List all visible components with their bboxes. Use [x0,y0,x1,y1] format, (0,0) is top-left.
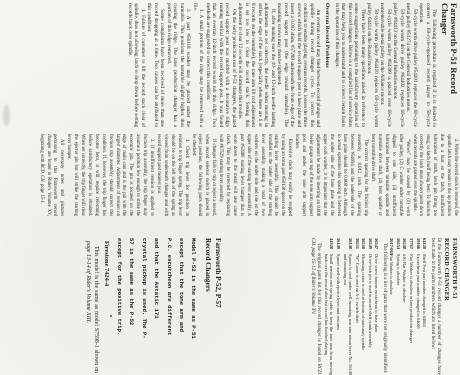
part-description: Spring is obsolete [396,254,401,285]
parts-row: 2017-065Flat Washer is obsolete [389,238,394,375]
part-number: 56149 [336,238,341,249]
paragraph: On the early production run of P-51 chan… [204,3,237,127]
parts-row: 56549Drive-lock pin is used in record sh… [367,238,372,375]
part-number: 56148 [348,238,353,249]
article-title: Farnsworth P-51 Record Changer [440,3,458,127]
parts-row: 59166Escutcheon part number changed to 6… [415,238,420,375]
paragraph: The correct spacing for the friction tri… [292,134,368,216]
closing-note: All necessary notes and pictures pertain… [37,134,65,216]
part-number: 59166 [415,238,420,249]
list-item: 1. Failure of customer to lift the recor… [126,3,146,127]
part-number: 56551 [354,238,359,249]
parts-article: FARNSWORTH P-51 RECORD CHANGER In the Fa… [309,238,458,375]
parts-row: 56149Spacer used with ejector lever and … [336,238,341,375]
firestone-article: Firestone 7424-4 This model is the same … [83,241,110,373]
part-description: Mounting cotter is used at bottom of sta… [361,254,366,350]
paragraph: There have been many questions asked in … [333,3,366,127]
paragraph: 50-cycle worm drive pulley #54401 replac… [405,3,418,127]
list-item: 2. When the record stack is removed, the… [410,134,458,216]
paragraph: Excessive clack may easily be stopped by… [216,134,292,216]
paragraph: If changer fails to trip or reject a rec… [189,134,217,216]
p52-heading-line1: Farnsworth P-52, P-57 [212,238,222,375]
parts-heading-line2: RECORD CHANGER [443,238,451,375]
list-item: 2. A part #56118 washer may be placed un… [165,3,191,127]
riders-page-reference: RCD. CH. page 15-1. [39,163,44,204]
firestone-heading: Firestone 7424-4 [103,241,111,373]
part-description: "W" Cover is used on A-C switch shaft [355,254,360,323]
firestone-note: This model is the same as model S7598-1 … [83,241,101,373]
paragraph: An overrun record may bind between recor… [276,3,322,127]
parts-row: 56148Spacer is used under well mounting … [342,238,353,375]
list-item: 1. Check trip lever for position in rela… [154,134,189,216]
list-item: 1. A small portion of the ridge may be r… [191,3,204,127]
part-description: Spacer used with ejector lever and rest … [336,254,341,330]
part-number: 57767 [409,238,414,249]
p52-article-heading: Farnsworth P-52, P-57 Record Changers [202,238,222,375]
part-number: 56548 [402,238,407,249]
part-description: Flat Washer is obsolete [389,254,394,295]
part-number: 56547 [374,238,379,249]
paragraph: 50-cycle worm pulley #64410 replaces 60-… [366,3,379,127]
parts-row: 56551"W" Cover is used on A-C switch sha… [354,238,359,375]
parts-closing-note: The original parts list for this record … [309,238,321,375]
paragraph: “Wows” may be caused by (1) worn idler p… [368,134,409,216]
closing-text: The original parts list for this record … [316,243,321,364]
riders-page-reference: page 13-14 of Rider's Volume XIII. [85,241,91,323]
part-number: 56550 [361,238,366,249]
scan-smudge [3,104,10,126]
column-2: 2. When the record stack is removed, the… [37,134,458,216]
part-description: Drive screw fastens escutcheon to base p… [374,254,379,332]
parts-row: 57767Flat Washer is obsolete in later pr… [409,238,414,375]
p52-heading-line2: Record Changers [202,238,212,375]
part-number: 44328 [329,238,334,249]
list-item: 2. If insufficient tension is applied to… [64,134,154,216]
parts-heading-line1: FARNSWORTH P-51 [450,238,458,375]
part-number: 56554 [395,238,400,249]
section-heading: Overrun Record Problems [323,3,330,127]
part-description: Small tension end spring cable to keep t… [324,254,334,375]
scanned-document-page: Farnsworth P-51 Record Changer The follo… [0,0,460,375]
part-number: 2017-065 [389,238,394,255]
paragraph: 50-cycle worm drive pulley #64402 replac… [392,3,405,127]
column-1: Farnsworth P-51 Record Changer The follo… [126,3,458,127]
paragraph: The following procedure is required if i… [418,3,438,127]
parts-row: 44328Small tension end spring cable to k… [324,238,335,375]
parts-row: 56547Drive screw fastens escutcheon to b… [374,238,379,375]
part-description: Flat Washer is obsolete in later product… [409,254,414,343]
part-description: Shelf Post part number changed to 64004 [422,254,427,327]
parts-row: 56554Spring is obsolete [395,238,400,375]
parts-row: 56548#10 Flat Washer is obsolete [402,238,407,375]
page-sheet: Farnsworth P-51 Record Changer The follo… [0,0,460,375]
part-number: 56549 [367,238,372,249]
scan-speck [110,315,112,317]
parts-article-heading: FARNSWORTH P-51 RECORD CHANGER [443,238,458,375]
parts-row: 64128Shelf Post part number changed to 6… [422,238,427,375]
part-description: #10 Flat Washer is obsolete [402,254,407,302]
firestone-text: This model is the same as model S7598-1 … [94,246,100,373]
part-description: Spacer is used under well mounting rear … [343,254,353,375]
paragraph: 50-cycle worm pulley #64399 is placed ov… [379,3,392,127]
parts-row: 56550Mounting cotter is used at bottom o… [361,238,366,375]
typewritten-note: Model P-52 is the same as P-51 except th… [113,238,200,344]
unidentified-parts-intro: The following is a list of parts that we… [381,238,387,375]
part-description: Drive-lock pin is used in record shelf c… [368,254,373,348]
part-number: 64128 [422,238,427,249]
part-description: Escutcheon part number changed to 64001 [416,254,421,329]
parts-intro: In the Farnsworth P-51 record changer a … [428,238,440,375]
paragraph: Some complaints have been received of mo… [146,3,166,127]
paragraph: If, after making sure the 10- and 12-inc… [237,3,276,127]
p52-p57-article: Farnsworth P-52, P-57 Record Changers Mo… [113,238,222,375]
